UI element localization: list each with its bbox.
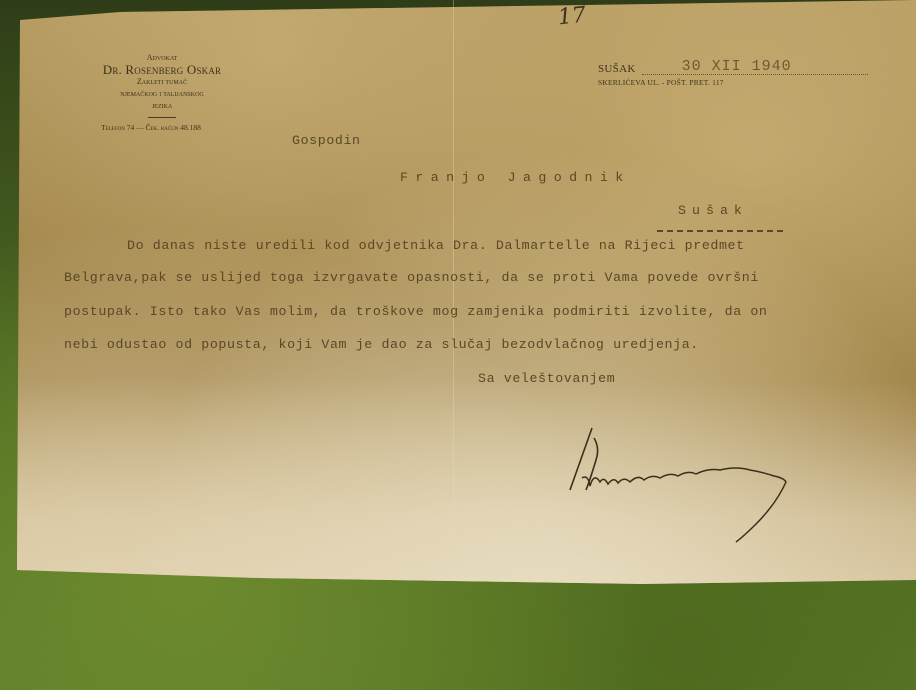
body-line-1: Do danas niste uredili kod odvjetnika Dr… bbox=[127, 238, 745, 253]
letterhead-role-2: njemačkog i talijanskog bbox=[62, 88, 262, 100]
paper-fold-line bbox=[453, 0, 454, 580]
body-line-4: nebi odustao od popusta, koji Vam je dao… bbox=[64, 337, 699, 352]
letterhead-name: Dr. Rosenberg Oskar bbox=[62, 64, 262, 76]
recipient-name: Franjo Jagodnik bbox=[400, 170, 631, 185]
sender-address: SKERLIĆEVA UL. - POŠT. PRET. 117 bbox=[598, 78, 868, 87]
letterhead: Advokat Dr. Rosenberg Oskar Zakleti tuma… bbox=[62, 52, 262, 134]
letterhead-role-3: jezika bbox=[62, 100, 262, 112]
letterhead-divider bbox=[148, 117, 176, 118]
body-line-3: postupak. Isto tako Vas molim, da troško… bbox=[64, 304, 768, 319]
recipient-city: Sušak bbox=[678, 203, 748, 218]
letterhead-phone: Telefon 74 — Ček. račun 48.188 bbox=[40, 122, 262, 134]
salutation: Gospodin bbox=[292, 133, 361, 148]
closing: Sa veleštovanjem bbox=[478, 371, 615, 386]
letter-date: 30 XII 1940 bbox=[642, 60, 868, 75]
place-city: SUŠAK bbox=[598, 63, 636, 75]
signature-icon bbox=[560, 420, 830, 550]
signature bbox=[560, 420, 830, 550]
place-date-block: SUŠAK 30 XII 1940 SKERLIĆEVA UL. - POŠT.… bbox=[598, 60, 868, 87]
body-line-2: Belgrava,pak se uslijed toga izvrgavate … bbox=[64, 270, 759, 285]
handwritten-page-number: 17 bbox=[557, 3, 587, 31]
letterhead-role-1: Zakleti tumač bbox=[62, 76, 262, 88]
recipient-city-underline bbox=[657, 230, 783, 232]
